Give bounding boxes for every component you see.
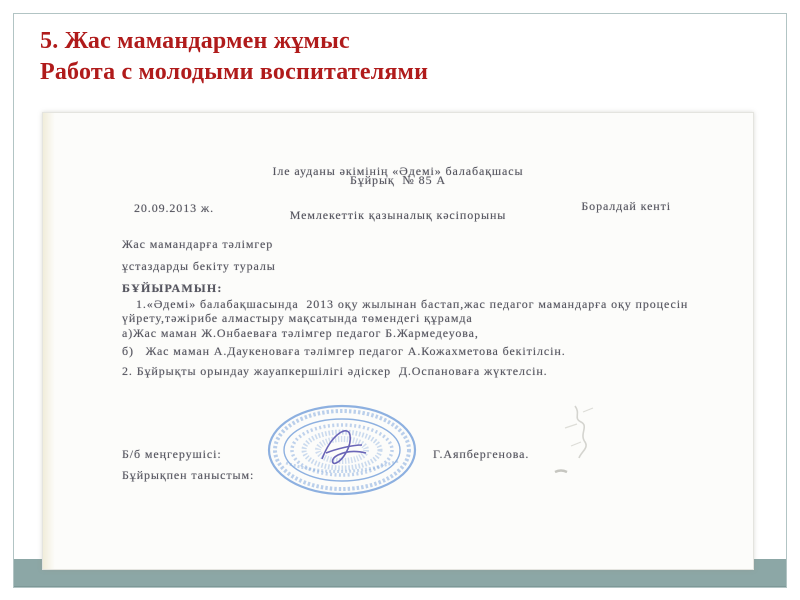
- decree-heading: БҰЙЫРАМЫН:: [122, 281, 223, 296]
- order-item-a: а)Жас маман Ж.Онбаеваға тәлімгер педагог…: [122, 326, 479, 341]
- slide-title-line-2: Работа с молодыми воспитателями: [40, 57, 428, 88]
- order-paragraph-1: 1.«Әдемі» балабақшасында 2013 оқу жылына…: [122, 297, 706, 325]
- acknowledgement-label: Бұйрықпен таныстым:: [122, 468, 254, 483]
- order-date: 20.09.2013 ж.: [134, 201, 214, 216]
- official-round-stamp-icon: [266, 403, 418, 497]
- order-place: Боралдай кенті: [581, 199, 671, 214]
- order-subject-line-2: ұстаздарды бекіту туралы: [122, 259, 276, 274]
- signature-label: Б/б меңгерушісі:: [122, 447, 222, 462]
- order-paragraph-2: 2. Бұйрықты орындау жауапкершілігі әдіск…: [122, 364, 548, 379]
- order-number: Бұйрық № 85 А: [43, 173, 753, 188]
- slide-title-line-1: 5. Жас мамандармен жұмыс: [40, 26, 428, 57]
- scan-artifact: [535, 398, 605, 488]
- organization-name: Іле ауданы әкімінің «Әдемі» балабақшасы …: [43, 135, 753, 251]
- slide-title: 5. Жас мамандармен жұмыс Работа с молоды…: [40, 26, 428, 88]
- order-subject-line-1: Жас мамандарға тәлімгер: [122, 237, 273, 252]
- order-item-b: б) Жас маман А.Даукеноваға тәлімгер педа…: [122, 344, 566, 359]
- signature-name: Г.Аяпбергенова.: [433, 447, 529, 462]
- scanned-order-document: Іле ауданы әкімінің «Әдемі» балабақшасы …: [42, 112, 754, 570]
